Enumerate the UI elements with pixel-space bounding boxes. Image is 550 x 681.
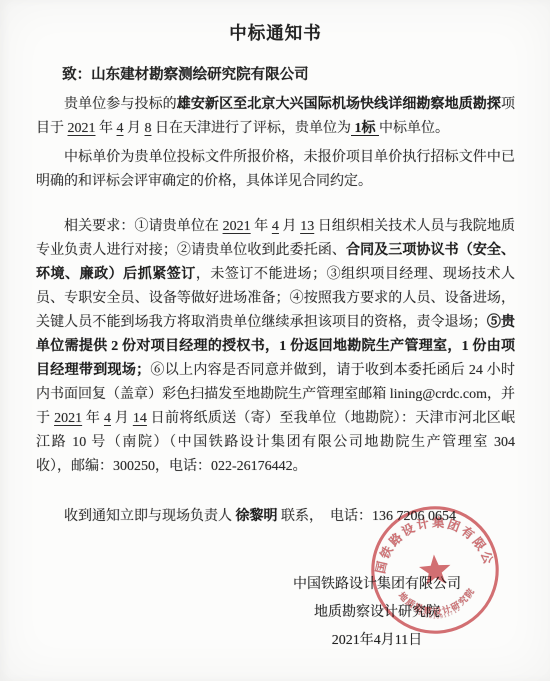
text-run: 联系， 电话：136 7206 0654: [278, 509, 457, 524]
text-run: 4: [272, 219, 279, 234]
text-run: 徐黎明: [236, 509, 278, 524]
paragraph-bid-result: 贵单位参与投标的雄安新区至北京大兴国际机场快线详细勘察地质勘探项目于 2021 …: [36, 93, 515, 141]
text-run: 贵单位参与投标的: [64, 97, 177, 112]
text-run: 相关要求：①请贵单位在: [64, 219, 223, 234]
signature-date: 2021年4月11日: [257, 627, 497, 655]
signature-institute: 地质勘察设计研究院: [257, 599, 497, 627]
text-run: 雄安新区至北京大兴国际机场快线详细勘察地质勘探: [177, 97, 501, 112]
text-run: 中标单位。: [379, 121, 449, 136]
text-run: 月: [279, 219, 300, 234]
text-run: 年: [251, 219, 272, 234]
text-run: 收到通知立即与现场负责人: [64, 509, 236, 524]
text-run: 月: [111, 411, 133, 426]
signature-company: 中国铁路设计集团有限公司: [257, 571, 497, 599]
document-page: 中标通知书 致：山东建材勘察测绘研究院有限公司 贵单位参与投标的雄安新区至北京大…: [0, 0, 550, 681]
text-run: 2021: [68, 121, 96, 136]
recipient-line: 致：山东建材勘察测绘研究院有限公司: [36, 63, 515, 87]
text-run: 14: [133, 411, 147, 426]
text-run: 月: [124, 121, 145, 136]
text-run: 年: [82, 411, 104, 426]
text-run: 2021: [223, 219, 251, 234]
paragraph-price-terms: 中标单价为贵单位投标文件所报价格，未报价项目单价执行招标文件中已明确的和评标会评…: [36, 146, 515, 194]
page-title: 中标通知书: [36, 20, 515, 46]
signature-block: 中国铁路设计集团有限公司 地质勘察设计研究院 2021年4月11日: [257, 571, 497, 655]
paragraph-requirements: 相关要求：①请贵单位在 2021 年 4 月 13 日组织相关技术人员与我院地质…: [36, 215, 515, 479]
text-run: 4: [104, 411, 111, 426]
text-run: 年: [96, 121, 117, 136]
text-run: 中标单价为贵单位投标文件所报价格，未报价项目单价执行招标文件中已明确的和评标会评…: [36, 150, 515, 189]
text-run: 13: [300, 219, 314, 234]
text-run: 8: [145, 121, 152, 136]
text-run: 4: [117, 121, 124, 136]
text-run: 日在天津进行了评标，贵单位为: [152, 121, 352, 136]
text-run: 1标: [351, 121, 379, 136]
paragraph-contact: 收到通知立即与现场负责人 徐黎明 联系， 电话：136 7206 0654: [36, 505, 515, 529]
text-run: 2021: [54, 411, 82, 426]
